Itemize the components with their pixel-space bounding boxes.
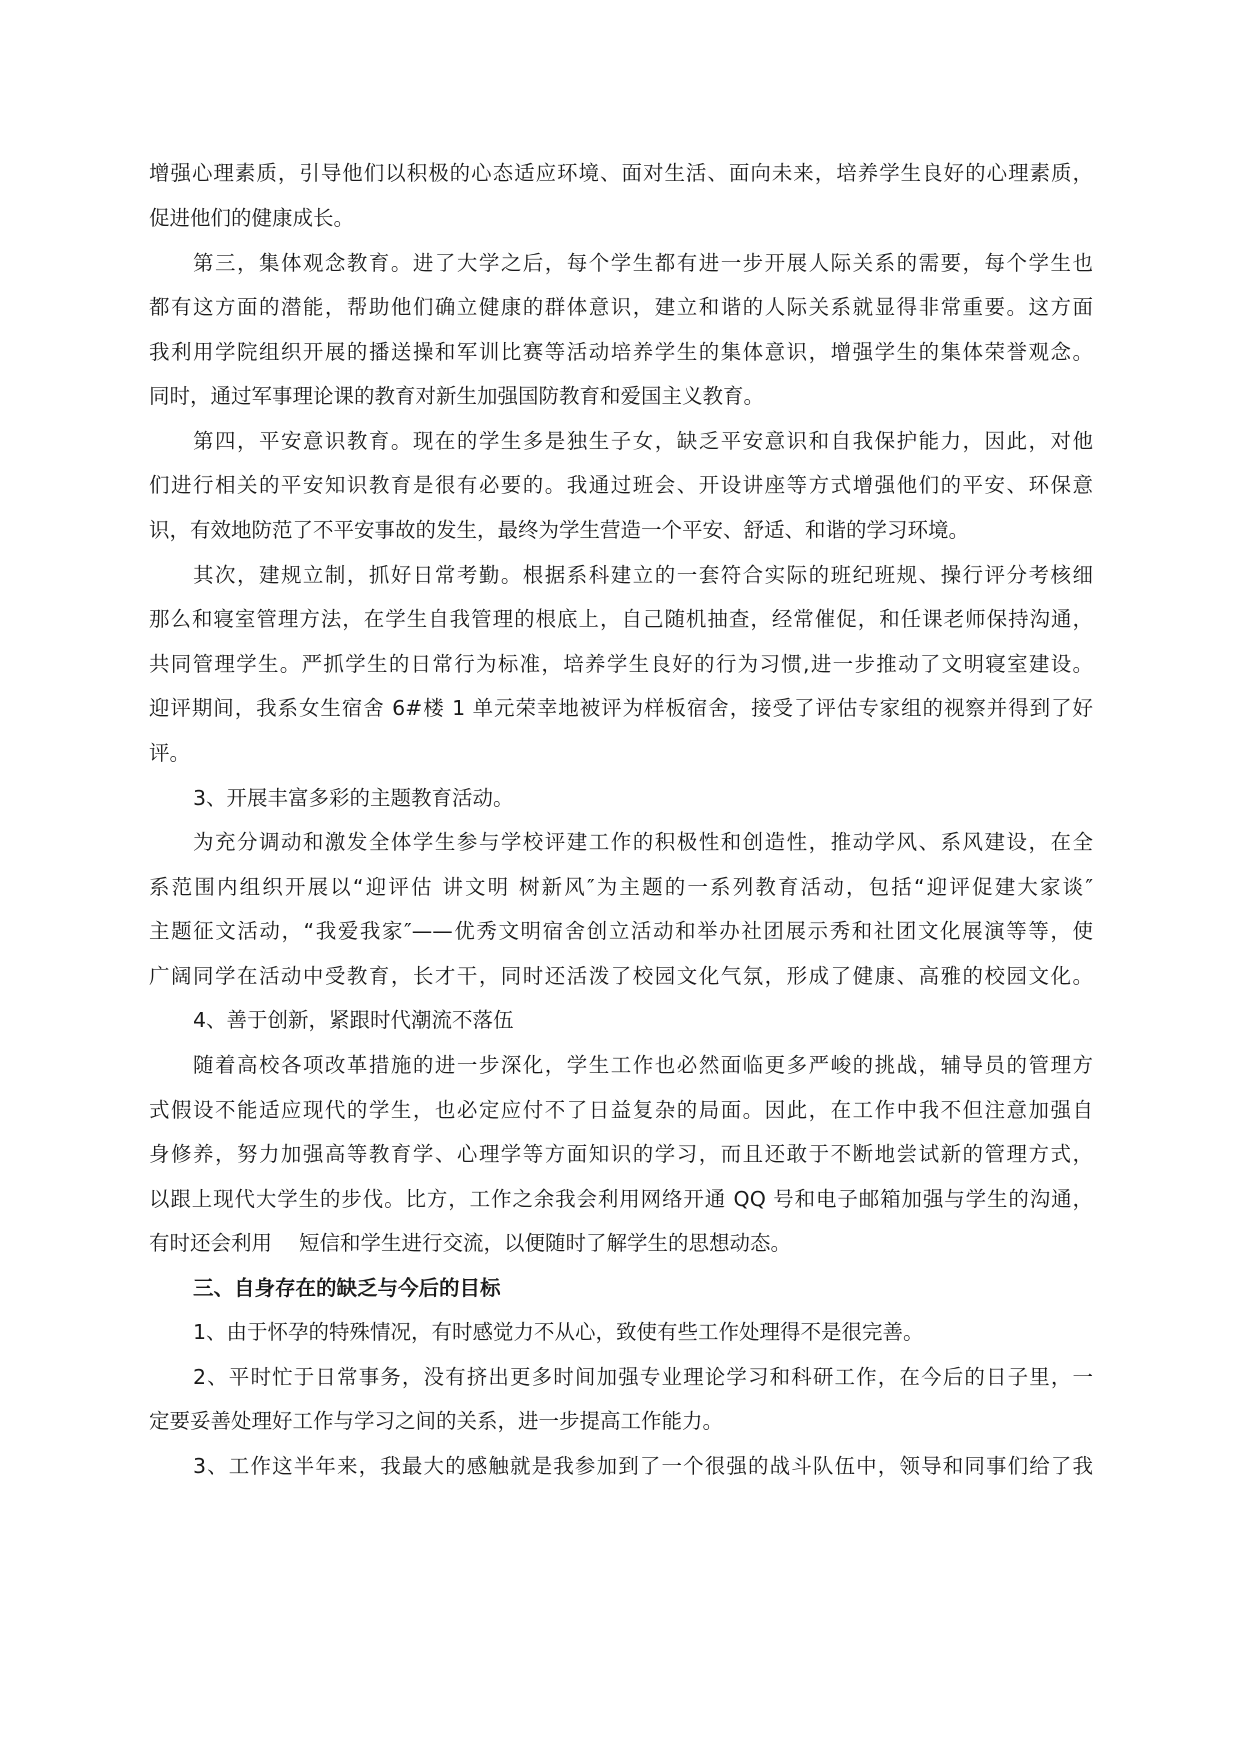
text-line: 评。 bbox=[149, 738, 1093, 768]
document-page: 增强心理素质，引导他们以积极的心态适应环境、面对生活、面向未来，培养学生良好的心… bbox=[0, 0, 1241, 1754]
text-line: 有时还会利用 短信和学生进行交流，以便随时了解学生的思想动态。 bbox=[149, 1228, 1093, 1258]
text-line: 其次，建规立制，抓好日常考勤。根据系科建立的一套符合实际的班纪班规、操行评分考核… bbox=[193, 560, 1093, 590]
text-line: 广阔同学在活动中受教育，长才干，同时还活泼了校园文化气氛，形成了健康、高雅的校园… bbox=[149, 961, 1093, 991]
text-line: 定要妥善处理好工作与学习之间的关系，进一步提高工作能力。 bbox=[149, 1406, 1093, 1436]
text-line: 第三，集体观念教育。进了大学之后，每个学生都有进一步开展人际关系的需要，每个学生… bbox=[193, 248, 1093, 278]
text-line: 识，有效地防范了不平安事故的发生，最终为学生营造一个平安、舒适、和谐的学习环境。 bbox=[149, 515, 1093, 545]
section-heading: 3、开展丰富多彩的主题教育活动。 bbox=[193, 783, 1093, 813]
chapter-heading: 三、自身存在的缺乏与今后的目标 bbox=[193, 1273, 1093, 1303]
text-line: 都有这方面的潜能，帮助他们确立健康的群体意识，建立和谐的人际关系就显得非常重要。… bbox=[149, 292, 1093, 322]
text-line: 那么和寝室管理方法，在学生自我管理的根底上，自己随机抽查，经常催促，和任课老师保… bbox=[149, 604, 1093, 634]
text-line: 3、工作这半年来，我最大的感触就是我参加到了一个很强的战斗队伍中，领导和同事们给… bbox=[193, 1451, 1093, 1481]
text-line: 第四，平安意识教育。现在的学生多是独生子女，缺乏平安意识和自我保护能力，因此，对… bbox=[193, 426, 1093, 456]
text-line: 增强心理素质，引导他们以积极的心态适应环境、面对生活、面向未来，培养学生良好的心… bbox=[149, 158, 1093, 188]
text-line: 为充分调动和激发全体学生参与学校评建工作的积极性和创造性，推动学风、系风建设，在… bbox=[193, 827, 1093, 857]
text-line: 以跟上现代大学生的步伐。比方，工作之余我会利用网络开通 QQ 号和电子邮箱加强与… bbox=[149, 1184, 1093, 1214]
text-line: 迎评期间，我系女生宿舍 6#楼 1 单元荣幸地被评为样板宿舍，接受了评估专家组的… bbox=[149, 693, 1093, 723]
text-line: 随着高校各项改革措施的进一步深化，学生工作也必然面临更多严峻的挑战，辅导员的管理… bbox=[193, 1050, 1093, 1080]
text-line: 共同管理学生。严抓学生的日常行为标准，培养学生良好的行为习惯,进一步推动了文明寝… bbox=[149, 649, 1093, 679]
text-line: 1、由于怀孕的特殊情况，有时感觉力不从心，致使有些工作处理得不是很完善。 bbox=[193, 1317, 1093, 1347]
text-line: 同时，通过军事理论课的教育对新生加强国防教育和爱国主义教育。 bbox=[149, 381, 1093, 411]
text-line: 身修养，努力加强高等教育学、心理学等方面知识的学习，而且还敢于不断地尝试新的管理… bbox=[149, 1139, 1093, 1169]
text-line: 我利用学院组织开展的播送操和军训比赛等活动培养学生的集体意识，增强学生的集体荣誉… bbox=[149, 337, 1093, 367]
text-line: 系范围内组织开展以“迎评估 讲文明 树新风″为主题的一系列教育活动，包括“迎评促… bbox=[149, 872, 1093, 902]
text-line: 2、平时忙于日常事务，没有挤出更多时间加强专业理论学习和科研工作，在今后的日子里… bbox=[193, 1362, 1093, 1392]
text-line: 促进他们的健康成长。 bbox=[149, 203, 1093, 233]
section-heading: 4、善于创新，紧跟时代潮流不落伍 bbox=[193, 1005, 1093, 1035]
text-line: 主题征文活动，“我爱我家″——优秀文明宿舍创立活动和举办社团展示秀和社团文化展演… bbox=[149, 916, 1093, 946]
text-line: 式假设不能适应现代的学生，也必定应付不了日益复杂的局面。因此，在工作中我不但注意… bbox=[149, 1095, 1093, 1125]
text-line: 们进行相关的平安知识教育是很有必要的。我通过班会、开设讲座等方式增强他们的平安、… bbox=[149, 470, 1093, 500]
